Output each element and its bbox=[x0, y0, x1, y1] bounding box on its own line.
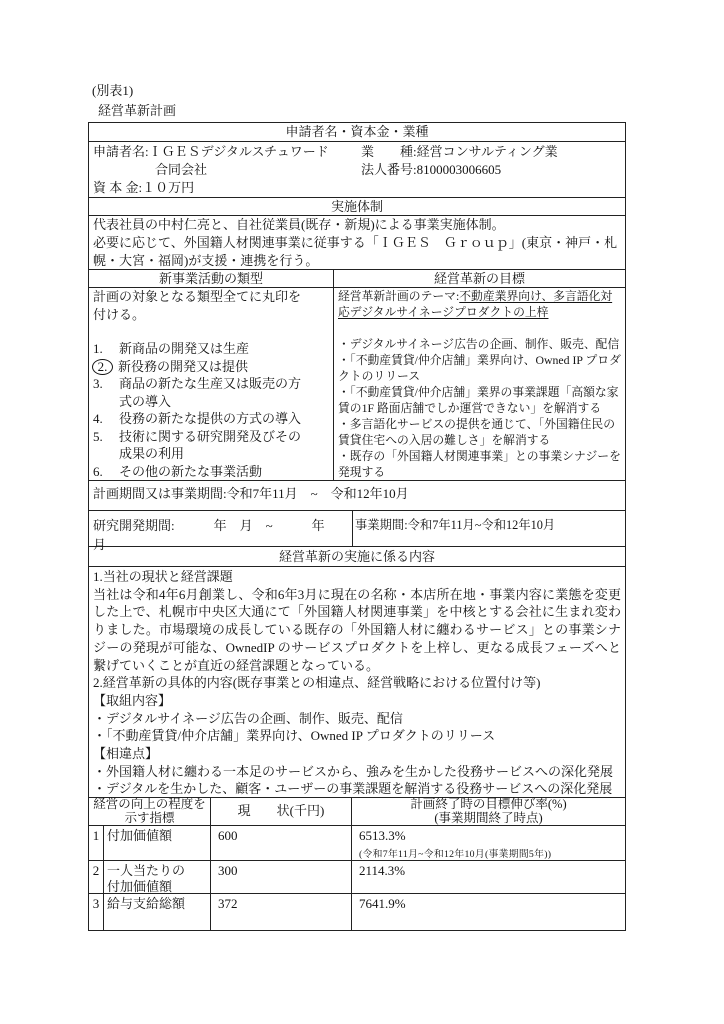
type-item-number: 4. bbox=[93, 410, 119, 428]
indicator-current-value: 600 bbox=[211, 826, 352, 860]
theme-label: 経営革新計画のテーマ: bbox=[338, 289, 459, 303]
type-item-label: 技術に関する研究開発及びその成果の利用 bbox=[119, 428, 308, 463]
indicator-target-cell: 7641.9% bbox=[352, 894, 625, 930]
annex-label: (別表1) bbox=[92, 80, 133, 99]
goal-bullet-5: ・既存の「外国籍人材関連事業」との事業シナジーを発現する bbox=[338, 448, 621, 480]
goal-bullet-2: ・「不動産賃貸/仲介店舗」業界向け、Owned IP プロダクトのリリース bbox=[338, 352, 621, 384]
content-initiatives-label: 【取組内容】 bbox=[93, 692, 621, 710]
content-heading-1: 1.当社の現状と経営課題 bbox=[93, 568, 621, 586]
indicator-row-number: 1 bbox=[89, 826, 104, 860]
capital-line: 資 本 金:１０万円 bbox=[93, 179, 621, 197]
circled-number-mark: 2. bbox=[92, 359, 113, 375]
content-initiative-bullet-2: ・「不動産賃貸/仲介店舗」業界向け、Owned IP プロダクトのリリース bbox=[93, 727, 621, 745]
activity-types-column: 新事業活動の類型 計画の対象となる類型全てに丸印を付ける。 1. 新商品の開発又… bbox=[89, 270, 334, 480]
structure-section-header: 実施体制 bbox=[89, 197, 625, 215]
goal-bullet-4: ・多言語化サービスの提供を通じて、「外国籍住民の賃貸住宅への入居の難しさ」を解消… bbox=[338, 416, 621, 448]
activity-types-header: 新事業活動の類型 bbox=[89, 270, 333, 288]
plan-theme: 経営革新計画のテーマ:不動産業界向け、多言語化対応デジタルサイネージプロダクトの… bbox=[338, 288, 621, 320]
goal-bullet-1: ・デジタルサイネージ広告の企画、制作、販売、配信 bbox=[338, 336, 621, 352]
applicant-section-header: 申請者名・資本金・業種 bbox=[89, 123, 625, 141]
indicator-current-value: 300 bbox=[211, 861, 352, 893]
indicators-target-header: 計画終了時の目標伸び率(%) (事業期間終了時点) bbox=[352, 798, 625, 825]
scanned-document-page: (別表1) 経営革新計画 申請者名・資本金・業種 申請者名:ＩＧＥＳデジタルスチ… bbox=[0, 0, 724, 1024]
indicator-target-value: 7641.9% bbox=[359, 896, 618, 912]
indicator-metric: 付加価値額 bbox=[104, 826, 211, 860]
type-item-4: 4. 役務の新たな提供の方式の導入 bbox=[93, 410, 329, 428]
types-and-goals-section: 新事業活動の類型 計画の対象となる類型全てに丸印を付ける。 1. 新商品の開発又… bbox=[89, 269, 625, 480]
corporate-number-line: 法人番号:8100003006605 bbox=[361, 161, 558, 179]
indicator-target-cell: 2114.3% bbox=[352, 861, 625, 893]
spacer bbox=[338, 320, 621, 336]
indicator-current-value: 372 bbox=[211, 894, 352, 930]
indicators-header-row: 経営の向上の程度を 示す指標 現 状(千円) 計画終了時の目標伸び率(%) (事… bbox=[89, 797, 625, 825]
structure-section-body: 代表社員の中村仁亮と、自社従業員(既存・新規)による事業実施体制。 必要に応じて… bbox=[89, 215, 625, 269]
document-title: 経営革新計画 bbox=[98, 100, 176, 119]
innovation-goals-body: 経営革新計画のテーマ:不動産業界向け、多言語化対応デジタルサイネージプロダクトの… bbox=[334, 288, 625, 480]
type-item-number: 1. bbox=[93, 340, 119, 358]
innovation-goals-column: 経営革新の目標 経営革新計画のテーマ:不動産業界向け、多言語化対応デジタルサイネ… bbox=[334, 270, 625, 480]
type-item-label: その他の新たな事業活動 bbox=[119, 463, 308, 481]
content-section-body: 1.当社の現状と経営課題 当社は令和4年6月創業し、令和6年3月に現在の名称・本… bbox=[89, 566, 625, 797]
spacer bbox=[93, 323, 329, 340]
indicator-target-cell: 6513.3% (令和7年11月~令和12年10月(事業期間5年)) bbox=[352, 826, 625, 860]
target-header-line2: (事業期間終了時点) bbox=[352, 812, 625, 826]
plan-form-table: 申請者名・資本金・業種 申請者名:ＩＧＥＳデジタルスチュワード 合同会社 資 本… bbox=[88, 122, 626, 931]
type-item-label: 新商品の開発又は生産 bbox=[119, 340, 308, 358]
type-item-label: 新役務の開発又は提供 bbox=[118, 358, 308, 376]
structure-line2: 必要に応じて、外国籍人材関連事業に従事する「ＩＧＥＳ Ｇｒｏｕｐ」(東京・神戸・… bbox=[93, 234, 621, 269]
type-item-5: 5. 技術に関する研究開発及びその成果の利用 bbox=[93, 428, 329, 463]
indicator-row-3: 3 給与支給総額 372 7641.9% bbox=[89, 893, 625, 930]
indicator-row-2: 2 一人当たりの 付加価値額 300 2114.3% bbox=[89, 860, 625, 893]
business-period-cell: 事業期間:令和7年11月~令和12年10月 bbox=[353, 511, 625, 546]
indicator-metric: 給与支給総額 bbox=[104, 894, 211, 930]
content-section-header: 経営革新の実施に係る内容 bbox=[89, 546, 625, 566]
indicator-row-number: 3 bbox=[89, 894, 104, 930]
indicators-metric-header: 経営の向上の程度を 示す指標 bbox=[89, 798, 211, 825]
content-differences-label: 【相違点】 bbox=[93, 745, 621, 763]
goal-bullet-3: ・「不動産賃貸/仲介店舗」業界の事業課題「高額な家賃の1F 路面店舗でしか運営で… bbox=[338, 384, 621, 416]
content-paragraph-current-state: 当社は令和4年6月創業し、令和6年3月に現在の名称・本店所在地・事業内容に業態を… bbox=[93, 586, 621, 675]
content-initiative-bullet-1: ・デジタルサイネージ広告の企画、制作、販売、配信 bbox=[93, 710, 621, 728]
indicator-target-value: 6513.3% bbox=[359, 828, 618, 844]
indicator-metric: 一人当たりの 付加価値額 bbox=[104, 861, 211, 893]
rd-period-cell: 研究開発期間: 年 月 ~ 年 月 bbox=[89, 511, 353, 546]
type-item-6: 6. その他の新たな事業活動 bbox=[93, 463, 329, 481]
indicators-current-header: 現 状(千円) bbox=[211, 798, 352, 825]
content-heading-2: 2.経営革新の具体的内容(既存事業との相違点、経営戦略における位置付け等) bbox=[93, 674, 621, 692]
industry-line: 業 種:経営コンサルティング業 bbox=[361, 143, 558, 161]
applicant-right-block: 業 種:経営コンサルティング業 法人番号:8100003006605 bbox=[361, 143, 558, 179]
type-item-1: 1. 新商品の開発又は生産 bbox=[93, 340, 329, 358]
content-difference-bullet-1: ・外国籍人材に纏わる一本足のサービスから、強みを生かした役務サービスへの深化発展 bbox=[93, 763, 621, 781]
plan-period-row: 計画期間又は事業期間:令和7年11月 ~ 令和12年10月 bbox=[89, 480, 625, 510]
type-item-label: 商品の新たな生産又は販売の方式の導入 bbox=[119, 375, 308, 410]
indicator-target-note: (令和7年11月~令和12年10月(事業期間5年)) bbox=[359, 846, 618, 860]
types-instruction: 計画の対象となる類型全てに丸印を付ける。 bbox=[93, 288, 329, 323]
applicant-section-body: 申請者名:ＩＧＥＳデジタルスチュワード 合同会社 資 本 金:１０万円 業 種:… bbox=[89, 141, 625, 197]
indicator-row-number: 2 bbox=[89, 861, 104, 893]
type-item-number: 3. bbox=[93, 375, 119, 410]
indicator-target-value: 2114.3% bbox=[359, 863, 618, 879]
content-difference-bullet-2: ・デジタルを生かした、顧客・ユーザーの事業課題を解消する役務サービスへの深化発展 bbox=[93, 780, 621, 797]
type-item-3: 3. 商品の新たな生産又は販売の方式の導入 bbox=[93, 375, 329, 410]
rd-period-row: 研究開発期間: 年 月 ~ 年 月 事業期間:令和7年11月~令和12年10月 bbox=[89, 510, 625, 546]
activity-types-body: 計画の対象となる類型全てに丸印を付ける。 1. 新商品の開発又は生産 2. 新役… bbox=[89, 288, 333, 480]
type-item-number: 5. bbox=[93, 428, 119, 463]
target-header-line1: 計画終了時の目標伸び率(%) bbox=[352, 798, 625, 812]
type-item-number: 6. bbox=[93, 463, 119, 481]
type-item-2-selected: 2. 新役務の開発又は提供 bbox=[93, 358, 329, 376]
innovation-goals-header: 経営革新の目標 bbox=[334, 270, 625, 288]
structure-line1: 代表社員の中村仁亮と、自社従業員(既存・新規)による事業実施体制。 bbox=[93, 216, 621, 234]
indicator-row-1: 1 付加価値額 600 6513.3% (令和7年11月~令和12年10月(事業… bbox=[89, 825, 625, 860]
type-item-label: 役務の新たな提供の方式の導入 bbox=[119, 410, 308, 428]
